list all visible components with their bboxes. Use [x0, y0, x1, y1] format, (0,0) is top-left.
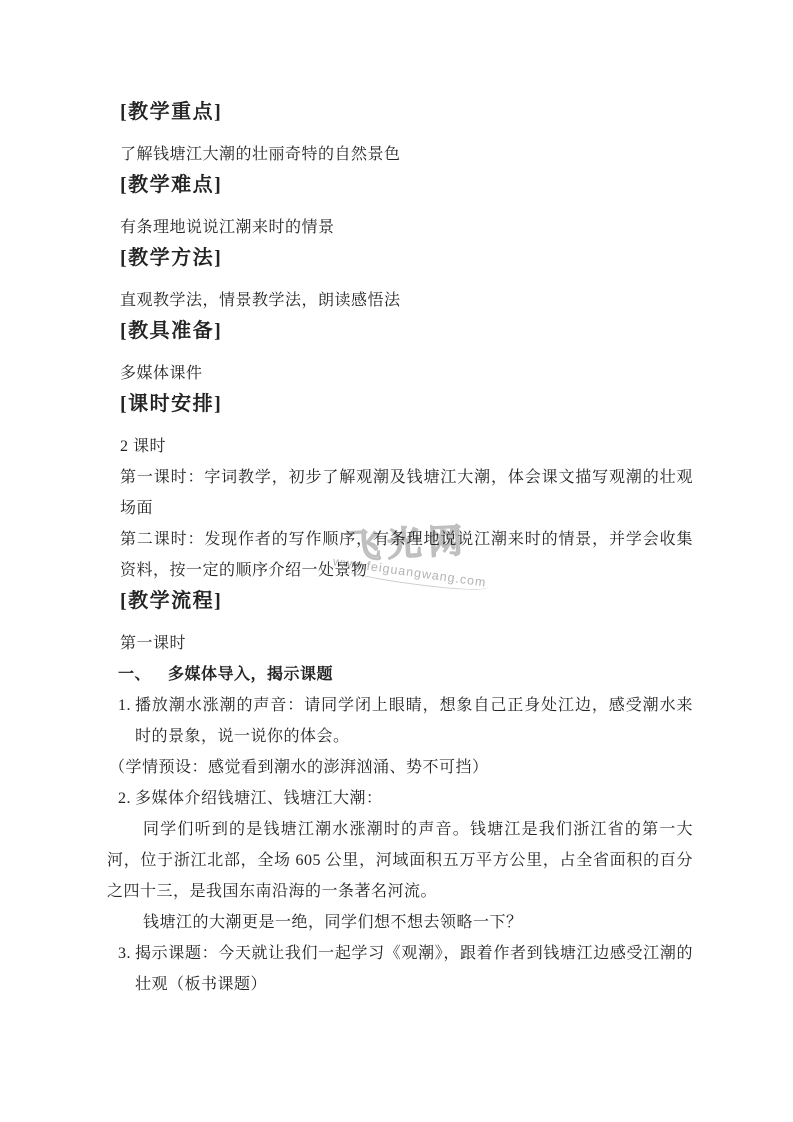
- list-item-1-text: 播放潮水涨潮的声音：请同学闭上眼睛，想象自己正身处江边，感受潮水来时的景象，说一…: [135, 690, 693, 752]
- paragraph-teaching-difficulty-body: 有条理地说说江潮来时的情景: [120, 212, 693, 243]
- section-heading-teaching-method: [教学方法]: [120, 243, 693, 274]
- paragraph-teaching-aids-body: 多媒体课件: [120, 358, 693, 389]
- section-heading-teaching-aids: [教具准备]: [120, 316, 693, 347]
- paragraph-teaching-method-body: 直观教学法，情景教学法，朗读感悟法: [120, 285, 693, 316]
- paragraph-qiantang-tide-question: 钱塘江的大潮更是一绝，同学们想不想去领略一下？: [143, 907, 693, 938]
- numbered-section-title: 多媒体导入，揭示课题: [168, 659, 693, 690]
- list-item-2-marker: 2.: [118, 783, 135, 814]
- section-heading-teaching-focus: [教学重点]: [120, 97, 693, 128]
- list-item-3-marker: 3.: [118, 938, 135, 1000]
- numbered-section-heading-multimedia-intro: 一、 多媒体导入，揭示课题: [118, 659, 693, 690]
- section-heading-teaching-process: [教学流程]: [120, 586, 693, 617]
- list-item-2: 2. 多媒体介绍钱塘江、钱塘江大潮：: [118, 783, 693, 814]
- paragraph-qiantang-river-intro: 同学们听到的是钱塘江潮水涨潮时的声音。钱塘江是我们浙江省的第一大河，位于浙江北部…: [107, 814, 693, 907]
- paragraph-teaching-focus-body: 了解钱塘江大潮的壮丽奇特的自然景色: [120, 139, 693, 170]
- section-heading-teaching-difficulty: [教学难点]: [120, 170, 693, 201]
- list-item-1: 1. 播放潮水涨潮的声音：请同学闭上眼睛，想象自己正身处江边，感受潮水来时的景象…: [118, 690, 693, 752]
- numbered-section-marker: 一、: [118, 659, 168, 690]
- list-item-3: 3. 揭示课题：今天就让我们一起学习《观潮》，跟着作者到钱塘江边感受江潮的壮观（…: [118, 938, 693, 1000]
- list-item-3-text: 揭示课题：今天就让我们一起学习《观潮》，跟着作者到钱塘江边感受江潮的壮观（板书课…: [135, 938, 693, 1000]
- paragraph-learning-prediction: （学情预设：感觉看到潮水的澎湃汹涌、势不可挡）: [109, 752, 693, 783]
- document-content: [教学重点] 了解钱塘江大潮的壮丽奇特的自然景色 [教学难点] 有条理地说说江潮…: [0, 0, 793, 1122]
- paragraph-first-lesson-label: 第一课时: [120, 628, 693, 659]
- list-item-1-marker: 1.: [118, 690, 135, 752]
- paragraph-lesson-1-plan: 第一课时：字词教学，初步了解观潮及钱塘江大潮，体会课文描写观潮的壮观场面: [120, 462, 693, 524]
- document-page: 飞光网 www.feiguangwang.com [教学重点] 了解钱塘江大潮的…: [0, 0, 793, 1122]
- list-item-2-text: 多媒体介绍钱塘江、钱塘江大潮：: [135, 783, 693, 814]
- section-heading-lesson-schedule: [课时安排]: [120, 389, 693, 420]
- paragraph-lesson-2-plan: 第二课时：发现作者的写作顺序，有条理地说说江潮来时的情景，并学会收集资料，按一定…: [120, 524, 693, 586]
- paragraph-lesson-count: 2 课时: [120, 431, 693, 462]
